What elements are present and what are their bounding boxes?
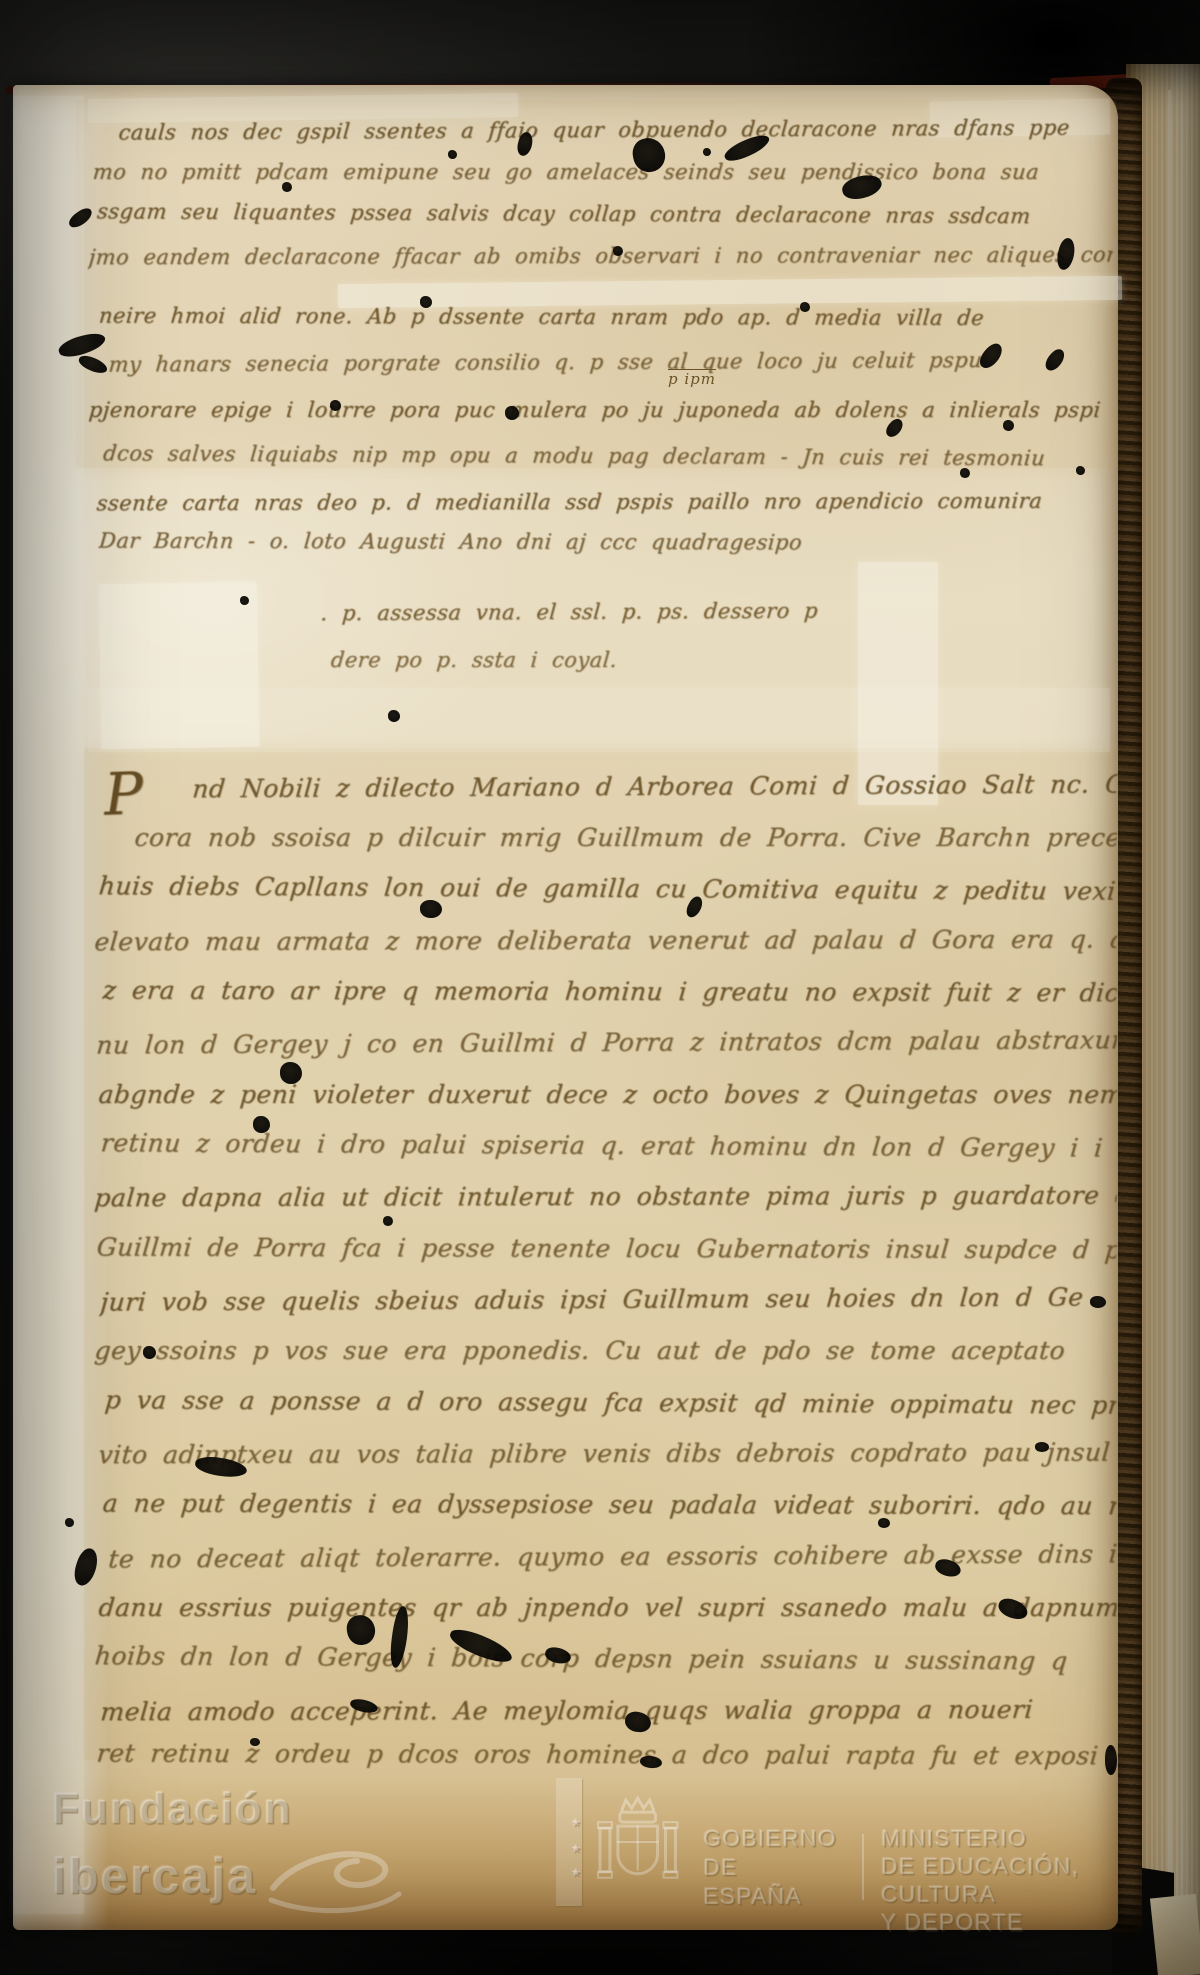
ink-blot [420,900,442,918]
manuscript-line: my hanars senecia porgrate consilio q. p… [106,347,1114,396]
ink-blot [1003,420,1014,431]
ink-blot [960,468,970,478]
watermark-ministerio-line3: Y DEPORTE [881,1908,1200,1936]
manuscript-line: elevato mau armata z more deliberata ven… [92,925,1118,972]
manuscript-line: Dar Barchn - o. loto Augusti Ano dni aj … [96,529,1114,576]
ink-blot [878,1518,890,1528]
flag-bar: ★ ★ ★ [556,1778,582,1906]
ink-blot [1090,1296,1106,1308]
manuscript-line: nu lon d Gergey j co en Guillmi d Porra … [94,1025,1118,1074]
star-icon: ★ [571,1844,581,1855]
manuscript-line: neire hmoi alid rone. Ab p dssente carta… [96,304,1114,351]
watermark-gobierno-line2: DE ESPAÑA [703,1853,843,1911]
ink-blot [1076,466,1085,475]
page-edge-crease [1168,90,1171,1890]
manuscript-line: jmo eandem declaracone ffacar ab omibs o… [86,243,1114,290]
tape-patch [88,688,1110,752]
ink-blot [253,1116,270,1133]
tape-patch [858,562,938,805]
watermark-gobierno-ministerio: ★ ★ ★ GOBIERNO DE ESPAÑA MINISTERIO DE E… [556,1778,1200,1936]
manuscript-line: gey ssoins p vos sue era pponedis. Cu au… [92,1336,1118,1380]
manuscript-line: a ne put degentis i ea dyssepsiose seu p… [100,1489,1118,1536]
ink-blot [143,1346,156,1359]
manuscript-line: dcos salves liquiabs nip mp opu a modu p… [100,441,1114,490]
manuscript-line: retinu z ordeu i dro palui spiseria q. e… [98,1128,1118,1177]
watermark-fundacion-ibercaja: Fundación ibercaja [52,1784,417,1922]
watermark-ibercaja-text: ibercaja [52,1847,257,1905]
manuscript-line: melia amodo acceperint. Ae meylomia quqs… [98,1695,1118,1742]
ink-blot [65,1518,74,1527]
ink-blot [240,596,249,605]
manuscript-line: hoibs dn lon d Gergey i bois corp depsn … [92,1641,1118,1690]
manuscript-line: abgnde z peni violeter duxerut dece z oc… [96,1080,1118,1124]
manuscript-line: palne dapna alia ut dicit intulerut no o… [92,1181,1118,1228]
watermark-ministerio-line1: MINISTERIO [881,1824,1200,1852]
ink-blot [448,150,457,159]
ink-blot [420,296,432,308]
watermark-ministerio-line2: DE EDUCACIÓN, CULTURA [881,1852,1200,1908]
manuscript-line: p va sse a ponsse a d oro assegu fca exp… [102,1385,1118,1434]
ink-blot [703,148,711,156]
manuscript-line: te no deceat aliqt tolerarre. quymo ea e… [106,1539,1118,1588]
ink-blot [282,182,292,192]
ink-blot [388,710,400,722]
manuscript-line: mo no pmitt pdcam emipune seu go amelace… [90,160,1114,204]
manuscript-line: ssgam seu liquantes pssea salvis dcay co… [94,199,1114,248]
ink-blot [613,246,623,256]
ink-blot [250,1738,260,1746]
manuscript-line: Guillmi de Porra fca i pesse tenente loc… [94,1233,1118,1280]
star-icon: ★ [571,1818,581,1829]
watermark-divider [862,1834,864,1900]
manuscript-photo: cauls nos dec gspil ssentes a ffaio quar… [0,0,1200,1975]
manuscript-line: z era a taro ar ipre q memoria hominu i … [100,976,1118,1023]
initial-letter: P [103,759,144,828]
manuscript-line: nd Nobili z dilecto Mariano d Arborea Co… [190,770,1118,819]
manuscript-line: . p. assessa vna. el ssl. p. ps. dessero… [318,599,819,646]
spain-coat-of-arms-icon [596,1792,679,1888]
manuscript-line: vito adinptxeu au vos talia plibre venis… [96,1438,1118,1485]
manuscript-line: pjenorare epige i lourre pora puc mulera… [86,398,1114,442]
manuscript-line: danu essrius puigentes qr ab jnpendo vel… [96,1593,1118,1637]
ibercaja-swirl-logo [267,1844,417,1922]
manuscript-line: juri vob sse quelis sbeius aduis ipsi Gu… [98,1282,1118,1331]
manuscript-line: huis diebs Capllans lon oui de gamilla c… [96,871,1118,920]
ink-blot [505,406,519,420]
manuscript-line: dere po p. ssta i coyal. [328,648,618,692]
tape-patch [14,96,84,1914]
star-icon: ★ [571,1868,581,1879]
ink-blot [1105,1745,1117,1775]
watermark-fundacion-text: Fundación [52,1784,417,1834]
interlinear-insertion: p ipm [668,370,716,388]
ink-blot [1035,1442,1049,1452]
ink-blot [330,400,341,411]
ink-blot [800,302,810,312]
ink-blot [383,1216,393,1226]
ink-blot [280,1062,302,1084]
watermark-gobierno-line1: GOBIERNO [703,1824,843,1853]
manuscript-line: cora nob ssoisa p dilcuir mrig Guillmum … [132,823,1118,867]
manuscript-line: cauls nos dec gspil ssentes a ffaio quar… [116,115,1114,164]
